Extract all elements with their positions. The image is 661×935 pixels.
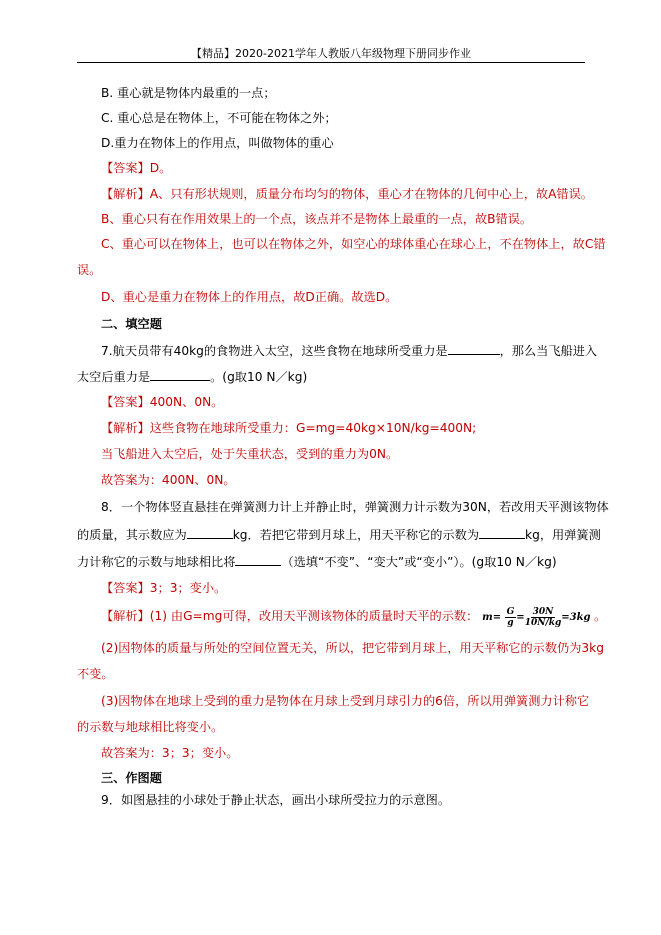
q6-analysis-line3: C、重心可以在物体上，也可以在物体之外，如空心的球体重心在球心上，不在物体上，故… [101, 236, 611, 252]
analysis-tag: 【解析】 [101, 421, 150, 435]
q8-text-line1: 8．一个物体竖直悬挂在弹簧测力计上并静止时，弹簧测力计示数为30N，若改用天平测… [101, 499, 611, 515]
q7-analysis-line1: 【解析】这些食物在地球所受重力：G=mg=40kg×10N/kg=400N; [101, 420, 611, 436]
page-header: 【精品】2020-2021学年人教版八年级物理下册同步作业 [77, 45, 585, 61]
q8-analysis-line3-cont: 的示数与地球相比将变小。 [77, 719, 587, 735]
q7-blank-1[interactable] [448, 342, 500, 355]
formula-lhs: m= [482, 612, 501, 623]
q7-text: ，那么当飞船进入 [500, 344, 598, 358]
q6-analysis-line2: B、重心只有在作用效果上的一个点，该点并不是物体上最重的一点，故B错误。 [101, 211, 611, 227]
q8-blank-3[interactable] [235, 553, 281, 566]
q8-text: 的质量，其示数应为 [77, 528, 187, 542]
fraction-30n-over-10nkg: 30N 10N/kg [525, 607, 562, 628]
fraction-denominator: 10N/kg [525, 618, 562, 628]
fraction-g-over-g: G g [505, 607, 517, 628]
q8-analysis-line2-cont: 不变。 [77, 666, 587, 682]
q7-text: 。(g取10 N／kg) [210, 370, 307, 384]
analysis-tag: 【解析】 [101, 609, 150, 623]
q8-analysis-line1: 【解析】(1) 由G=mg可得，改用天平测该物体的质量时天平的示数： m= G … [101, 607, 611, 628]
q7-text: 7.航天员带有40kg的食物进入太空，这些食物在地球所受重力是 [101, 344, 448, 358]
q6-option-d: D.重力在物体上的作用点，叫做物体的重心 [101, 135, 611, 151]
formula-equals: = [516, 612, 524, 623]
analysis-text: (1) 由G=mg可得，改用天平测该物体的质量时天平的示数： [150, 609, 479, 623]
q8-text-line2: 的质量，其示数应为kg．若把它带到月球上，用天平称它的示数为kg，用弹簧测 [77, 526, 587, 543]
q6-answer: 【答案】D。 [101, 160, 611, 176]
q8-blank-1[interactable] [187, 526, 233, 539]
fraction-denominator: g [507, 618, 513, 628]
q6-option-c: C. 重心总是在物体上，不可能在物体之外； [101, 110, 611, 126]
q8-answer: 【答案】3；3；变小。 [101, 580, 611, 596]
q8-text: kg，用弹簧测 [525, 528, 601, 542]
answer-tag: 【答案】 [101, 395, 150, 409]
q6-analysis-line5: D、重心是重力在物体上的作用点，故D正确。故选D。 [101, 289, 611, 305]
q6-option-b: B. 重心就是物体内最重的一点； [101, 85, 611, 101]
q7-text: 太空后重力是 [77, 370, 150, 384]
q8-text-line3: 力计称它的示数与地球相比将（选填“不变”、“变大”或“变小”）。(g取10 N／… [77, 553, 587, 570]
q7-answer: 【答案】400N、0N。 [101, 394, 611, 410]
q8-analysis-line3: (3)因物体在地球上受到的重力是物体在月球上受到月球引力的6倍，所以用弹簧测力计… [101, 693, 611, 709]
answer-tag: 【答案】 [101, 161, 150, 175]
q8-text: （选填“不变”、“变大”或“变小”）。(g取10 N／kg) [281, 555, 556, 569]
answer-tag: 【答案】 [101, 581, 150, 595]
q8-text: kg．若把它带到月球上，用天平称它的示数为 [233, 528, 479, 542]
q7-analysis-line2: 当飞船进入太空后，处于失重状态，受到的重力为0N。 [101, 446, 611, 462]
section-title-drawing: 三、作图题 [101, 770, 611, 786]
answer-value: 3；3；变小。 [150, 581, 226, 595]
q9-text: 9．如图悬挂的小球处于静止状态，画出小球所受拉力的示意图。 [101, 792, 611, 808]
q7-text-line1: 7.航天员带有40kg的食物进入太空，这些食物在地球所受重力是，那么当飞船进入 [101, 342, 611, 359]
analysis-text: A、只有形状规则，质量分布均匀的物体，重心才在物体的几何中心上，故A错误。 [150, 187, 593, 201]
fraction-numerator: G [505, 607, 517, 618]
header-divider [77, 62, 585, 63]
analysis-tag: 【解析】 [101, 187, 150, 201]
q8-analysis-line2: (2)因物体的质量与所处的空间位置无关，所以，把它带到月球上，用天平称它的示数仍… [101, 640, 611, 656]
answer-value: 400N、0N。 [150, 395, 224, 409]
q8-text: 力计称它的示数与地球相比将 [77, 555, 235, 569]
q8-blank-2[interactable] [479, 526, 525, 539]
fraction-numerator: 30N [531, 607, 556, 618]
q7-blank-2[interactable] [150, 368, 210, 381]
answer-value: D。 [150, 161, 172, 175]
q6-analysis-line1: 【解析】A、只有形状规则，质量分布均匀的物体，重心才在物体的几何中心上，故A错误… [101, 186, 611, 202]
formula-end: 。 [594, 609, 606, 623]
formula-result: =3kg [561, 612, 590, 623]
q7-conclusion: 故答案为：400N、0N。 [101, 472, 611, 488]
mass-formula: m= G g = 30N 10N/kg =3kg [482, 612, 594, 623]
q7-text-line2: 太空后重力是。(g取10 N／kg) [77, 368, 587, 385]
analysis-text: 这些食物在地球所受重力：G=mg=40kg×10N/kg=400N; [150, 421, 476, 435]
section-title-fill-in: 二、填空题 [101, 316, 611, 332]
q8-conclusion: 故答案为：3；3；变小。 [101, 745, 611, 761]
q6-analysis-line4: 误。 [77, 262, 587, 278]
